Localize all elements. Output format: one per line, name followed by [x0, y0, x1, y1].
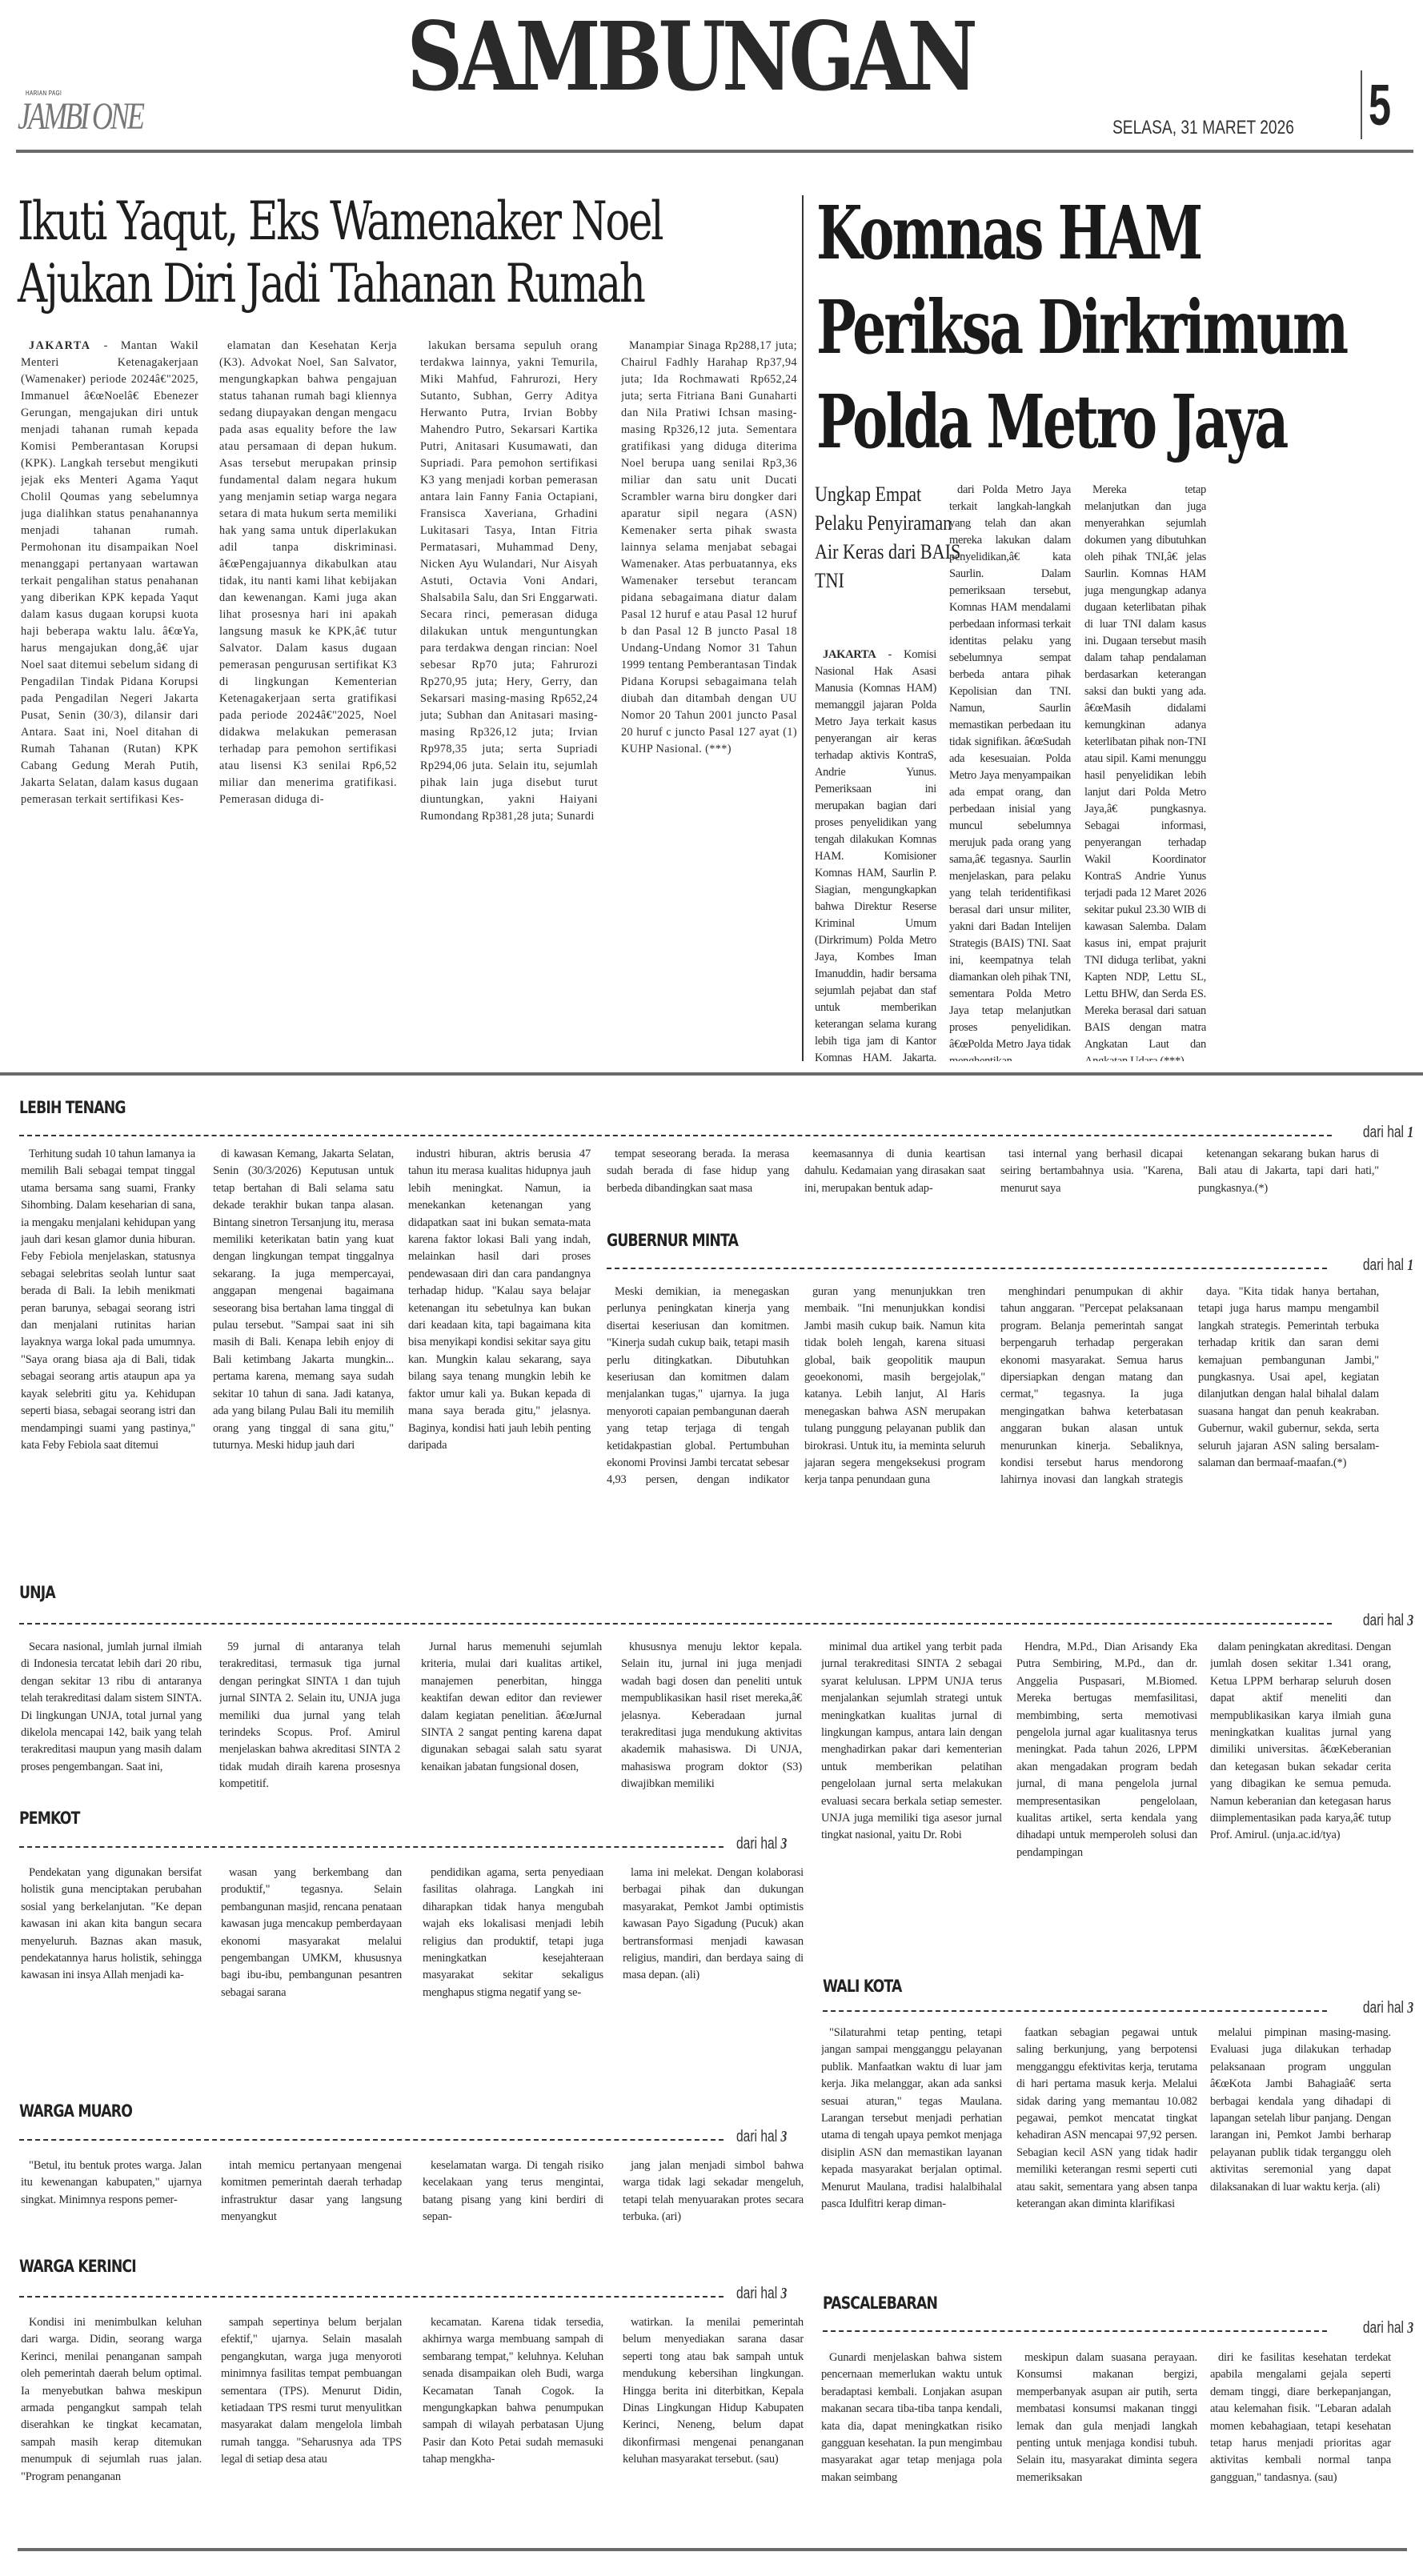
warga-kerinci-column-3: kecamatan. Karena tidak tersedia, akhirn…: [423, 2314, 603, 2532]
section-heading-warga-muaro: WARGA MUARO: [19, 2101, 132, 2121]
column-text: melalui pimpinan masing-masing. Evaluasi…: [1210, 2025, 1391, 2196]
column-text: lakukan bersama sepuluh orang terdakwa l…: [420, 338, 598, 825]
continued-from-label: dari hal 3: [736, 1835, 787, 1853]
unja-column-2: 59 jurnal di antaranya telah terakredita…: [219, 1639, 400, 1797]
article-noel-column-1: JAKARTA - Mantan Wakil Menteri Ketenagak…: [21, 338, 198, 1058]
section-heading-warga-kerinci: WARGA KERINCI: [19, 2257, 136, 2276]
issue-date: SELASA, 31 MARET 2026: [1112, 117, 1294, 139]
pemkot-column-1: Pendekatan yang digunakan bersifat holis…: [21, 1865, 202, 2087]
column-text: Hendra, M.Pd., Dian Arisandy Eka Putra S…: [1016, 1639, 1197, 1861]
dashed-rule: [19, 2296, 724, 2298]
dashed-rule: [823, 2010, 1327, 2012]
column-text: di kawasan Kemang, Jakarta Selatan, Seni…: [213, 1146, 394, 1454]
section-heading-lebih-tenang: LEBIH TENANG: [19, 1098, 126, 1117]
continued-from-label: dari hal 1: [1363, 1124, 1413, 1142]
wali-kota-column-2: faatkan sebagian pegawai untuk saling be…: [1016, 2025, 1197, 2265]
headline-line: Periksa Dirkrimum: [816, 280, 1254, 375]
headline-line: Ajukan Diri Jadi Tahanan Rumah: [18, 253, 635, 315]
from-label: dari hal: [1363, 1999, 1404, 2017]
warga-muaro-column-3: keselamatan warga. Di tengah risiko kece…: [423, 2157, 603, 2245]
pascalebaran-column-3: diri ke fasilitas kesehatan terdekat apa…: [1210, 2350, 1391, 2532]
column-text: - Mantan Wakil Menteri Ketenagakerjaan (…: [21, 339, 198, 806]
lebih-tenang-column-6: tasi internal yang berhasil dicapai seir…: [1000, 1146, 1183, 1218]
masthead-rule: [16, 150, 1413, 153]
column-text: "Silaturahmi tetap penting, tetapi janga…: [821, 2025, 1002, 2213]
warga-muaro-column-2: intah memicu pertanyaan mengenai komitme…: [221, 2157, 402, 2245]
column-text: sampah sepertinya belum berjalan efektif…: [221, 2314, 402, 2469]
unja-column-3: Jurnal harus memenuhi sejumlah kriteria,…: [421, 1639, 602, 1797]
from-page-number: 3: [781, 1835, 788, 1853]
from-page-number: 3: [1407, 2319, 1413, 2337]
column-text: Pendekatan yang digunakan bersifat holis…: [21, 1865, 202, 1985]
article-komnas-headline: Komnas HAM Periksa Dirkrimum Polda Metro…: [816, 186, 1254, 469]
unja-column-1: Secara nasional, jumlah jurnal ilmiah di…: [21, 1639, 202, 1797]
lebih-tenang-column-7: ketenangan sekarang bukan harus di Bali …: [1198, 1146, 1379, 1218]
lebih-tenang-column-1: Terhitung sudah 10 tahun lamanya ia memi…: [21, 1146, 195, 1490]
article-noel-column-4: Manampiar Sinaga Rp288,17 juta; Chairul …: [621, 338, 797, 1058]
column-text: meskipun dalam suasana perayaan. Konsums…: [1016, 2350, 1197, 2486]
column-text: Secara nasional, jumlah jurnal ilmiah di…: [21, 1639, 202, 1776]
dashed-rule: [19, 1623, 1332, 1625]
warga-muaro-column-1: "Betul, itu bentuk protes warga. Jalan i…: [21, 2157, 202, 2245]
column-text: lama ini melekat. Dengan kolaborasi berb…: [623, 1865, 804, 1985]
column-text: guran yang menunjukkan tren membaik. "In…: [804, 1284, 985, 1489]
headline-line: Polda Metro Jaya: [816, 375, 1254, 469]
article-noel-headline: Ikuti Yaqut, Eks Wamenaker Noel Ajukan D…: [18, 190, 635, 315]
column-divider: [802, 195, 804, 1061]
continued-from-label: dari hal 3: [1363, 1612, 1413, 1630]
column-text: - Komisi Nasional Hak Asasi Manusia (Kom…: [815, 648, 936, 1061]
column-text: "Betul, itu bentuk protes warga. Jalan i…: [21, 2157, 202, 2209]
from-label: dari hal: [1363, 1612, 1404, 1629]
gubernur-column-3: menghindari penumpukan di akhir tahun an…: [1000, 1284, 1183, 1490]
article-komnas-subheadline: Ungkap Empat Pelaku Penyiraman Air Keras…: [815, 480, 972, 595]
warga-kerinci-column-4: watirkan. Ia menilai pemerintah belum me…: [623, 2314, 804, 2532]
column-text: menghindari penumpukan di akhir tahun an…: [1000, 1284, 1183, 1490]
lebih-tenang-column-5: keemasannya di dunia keartisan dahulu. K…: [804, 1146, 985, 1218]
lebih-tenang-column-3: industri hiburan, aktris berusia 47 tahu…: [408, 1146, 591, 1490]
unja-column-7: dalam peningkatan akreditasi. Dengan jum…: [1210, 1639, 1391, 1951]
continued-from-label: dari hal 3: [1363, 1999, 1413, 2017]
column-text: faatkan sebagian pegawai untuk saling be…: [1016, 2025, 1197, 2213]
unja-column-4: khususnya menuju lektor kepala. Selain i…: [621, 1639, 802, 1797]
column-text: keselamatan warga. Di tengah risiko kece…: [423, 2157, 603, 2226]
continued-from-label: dari hal 3: [736, 2128, 787, 2146]
continued-from-label: dari hal 3: [736, 2285, 787, 2303]
column-text: diri ke fasilitas kesehatan terdekat apa…: [1210, 2350, 1391, 2486]
lebih-tenang-column-2: di kawasan Kemang, Jakarta Selatan, Seni…: [213, 1146, 394, 1490]
masthead: HARIAN PAGI JAMBI ONE SAMBUNGAN SELASA, …: [0, 0, 1423, 156]
column-text: dari Polda Metro Jaya terkait langkah-la…: [949, 482, 1071, 1061]
wali-kota-column-3: melalui pimpinan masing-masing. Evaluasi…: [1210, 2025, 1391, 2265]
column-text: Mereka tetap melanjutkan dan juga menyer…: [1084, 482, 1206, 1061]
warga-kerinci-column-1: Kondisi ini menimbulkan keluhan dari war…: [21, 2314, 202, 2532]
column-text: Terhitung sudah 10 tahun lamanya ia memi…: [21, 1146, 195, 1454]
dateline: JAKARTA: [29, 339, 91, 352]
page-number: 5: [1369, 74, 1391, 138]
column-text: tasi internal yang berhasil dicapai seir…: [1000, 1146, 1183, 1197]
column-text: kecamatan. Karena tidak tersedia, akhirn…: [423, 2314, 603, 2469]
gubernur-column-1: Meski demikian, ia menegaskan perlunya p…: [607, 1284, 789, 1490]
newspaper-logo: HARIAN PAGI JAMBI ONE: [18, 85, 226, 141]
continued-from-label: dari hal 1: [1363, 1256, 1413, 1275]
section-heading-pemkot: PEMKOT: [19, 1809, 80, 1828]
section-heading-unja: UNJA: [19, 1583, 55, 1602]
warga-kerinci-column-2: sampah sepertinya belum berjalan efektif…: [221, 2314, 402, 2532]
section-title: SAMBUNGAN: [407, 10, 905, 104]
from-page-number: 3: [781, 2285, 788, 2302]
from-label: dari hal: [736, 2128, 777, 2145]
wali-kota-column-1: "Silaturahmi tetap penting, tetapi janga…: [821, 2025, 1002, 2265]
dateline: JAKARTA: [823, 648, 876, 661]
section-heading-wali-kota: WALI KOTA: [823, 1977, 901, 1996]
column-text: tempat seseorang berada. Ia merasa sudah…: [607, 1146, 789, 1197]
section-heading-pascalebaran: PASCALEBARAN: [823, 2294, 937, 2313]
headline-line: Ikuti Yaqut, Eks Wamenaker Noel: [18, 190, 635, 253]
column-text: Kondisi ini menimbulkan keluhan dari war…: [21, 2314, 202, 2486]
section-heading-gubernur-minta: GUBERNUR MINTA: [607, 1231, 738, 1250]
pascalebaran-column-2: meskipun dalam suasana perayaan. Konsums…: [1016, 2350, 1197, 2532]
column-text: intah memicu pertanyaan mengenai komitme…: [221, 2157, 402, 2226]
from-label: dari hal: [1363, 1256, 1404, 1274]
pascalebaran-column-1: Gunardi menjelaskan bahwa sistem pencern…: [821, 2350, 1002, 2532]
from-page-number: 1: [1407, 1256, 1413, 1274]
column-text: jang jalan menjadi simbol bahwa warga ti…: [623, 2157, 804, 2226]
from-page-number: 3: [1407, 1999, 1413, 2017]
lebih-tenang-column-4: tempat seseorang berada. Ia merasa sudah…: [607, 1146, 789, 1218]
article-noel-column-2: elamatan dan Kesehatan Kerja (K3). Advok…: [219, 338, 397, 1058]
headline-line: Komnas HAM: [816, 186, 1254, 280]
logo-wordmark: JAMBI ONE: [18, 94, 142, 138]
column-text: keemasannya di dunia keartisan dahulu. K…: [804, 1146, 985, 1197]
dashed-rule: [19, 1135, 1332, 1136]
article-komnas-column-1: JAKARTA - Komisi Nasional Hak Asasi Manu…: [815, 647, 936, 1061]
article-komnas-column-2: dari Polda Metro Jaya terkait langkah-la…: [949, 482, 1071, 1061]
column-text: Jurnal harus memenuhi sejumlah kriteria,…: [421, 1639, 602, 1776]
warga-muaro-column-4: jang jalan menjadi simbol bahwa warga ti…: [623, 2157, 804, 2245]
column-text: pendidikan agama, serta penyediaan fasil…: [423, 1865, 603, 2001]
column-text: wasan yang berkembang dan produktif," te…: [221, 1865, 402, 2001]
column-text: Gunardi menjelaskan bahwa sistem pencern…: [821, 2350, 1002, 2486]
pemkot-column-3: pendidikan agama, serta penyediaan fasil…: [423, 1865, 603, 2087]
dashed-rule: [823, 2330, 1327, 2332]
continued-from-label: dari hal 3: [1363, 2319, 1413, 2338]
pemkot-column-4: lama ini melekat. Dengan kolaborasi berb…: [623, 1865, 804, 2087]
from-page-number: 3: [781, 2128, 788, 2145]
column-text: dalam peningkatan akreditasi. Dengan jum…: [1210, 1639, 1391, 1845]
from-label: dari hal: [736, 2285, 777, 2302]
footer-rule: [18, 2548, 1407, 2551]
gubernur-column-4: daya. "Kita tidak hanya bertahan, tetapi…: [1198, 1284, 1379, 1490]
article-noel-column-3: lakukan bersama sepuluh orang terdakwa l…: [420, 338, 598, 1058]
column-text: industri hiburan, aktris berusia 47 tahu…: [408, 1146, 591, 1454]
dashed-rule: [19, 1846, 724, 1848]
column-text: Meski demikian, ia menegaskan perlunya p…: [607, 1284, 789, 1490]
column-text: daya. "Kita tidak hanya bertahan, tetapi…: [1198, 1284, 1379, 1472]
column-text: khususnya menuju lektor kepala. Selain i…: [621, 1639, 802, 1793]
from-page-number: 3: [1407, 1612, 1413, 1629]
from-label: dari hal: [1363, 2319, 1404, 2337]
from-label: dari hal: [736, 1835, 777, 1853]
page-number-divider: [1361, 70, 1362, 139]
pemkot-column-2: wasan yang berkembang dan produktif," te…: [221, 1865, 402, 2087]
unja-column-5: minimal dua artikel yang terbit pada jur…: [821, 1639, 1002, 1951]
column-text: minimal dua artikel yang terbit pada jur…: [821, 1639, 1002, 1845]
from-page-number: 1: [1407, 1124, 1413, 1141]
dashed-rule: [19, 2139, 724, 2141]
gubernur-column-2: guran yang menunjukkan tren membaik. "In…: [804, 1284, 985, 1490]
column-text: ketenangan sekarang bukan harus di Bali …: [1198, 1146, 1379, 1197]
section-divider: [0, 1072, 1423, 1076]
column-text: watirkan. Ia menilai pemerintah belum me…: [623, 2314, 804, 2469]
from-label: dari hal: [1363, 1124, 1404, 1141]
column-text: 59 jurnal di antaranya telah terakredita…: [219, 1639, 400, 1793]
unja-column-6: Hendra, M.Pd., Dian Arisandy Eka Putra S…: [1016, 1639, 1197, 1951]
column-text: Manampiar Sinaga Rp288,17 juta; Chairul …: [621, 338, 797, 758]
column-text: elamatan dan Kesehatan Kerja (K3). Advok…: [219, 338, 397, 808]
dashed-rule: [607, 1268, 1327, 1269]
article-komnas-column-3: Mereka tetap melanjutkan dan juga menyer…: [1084, 482, 1206, 1061]
